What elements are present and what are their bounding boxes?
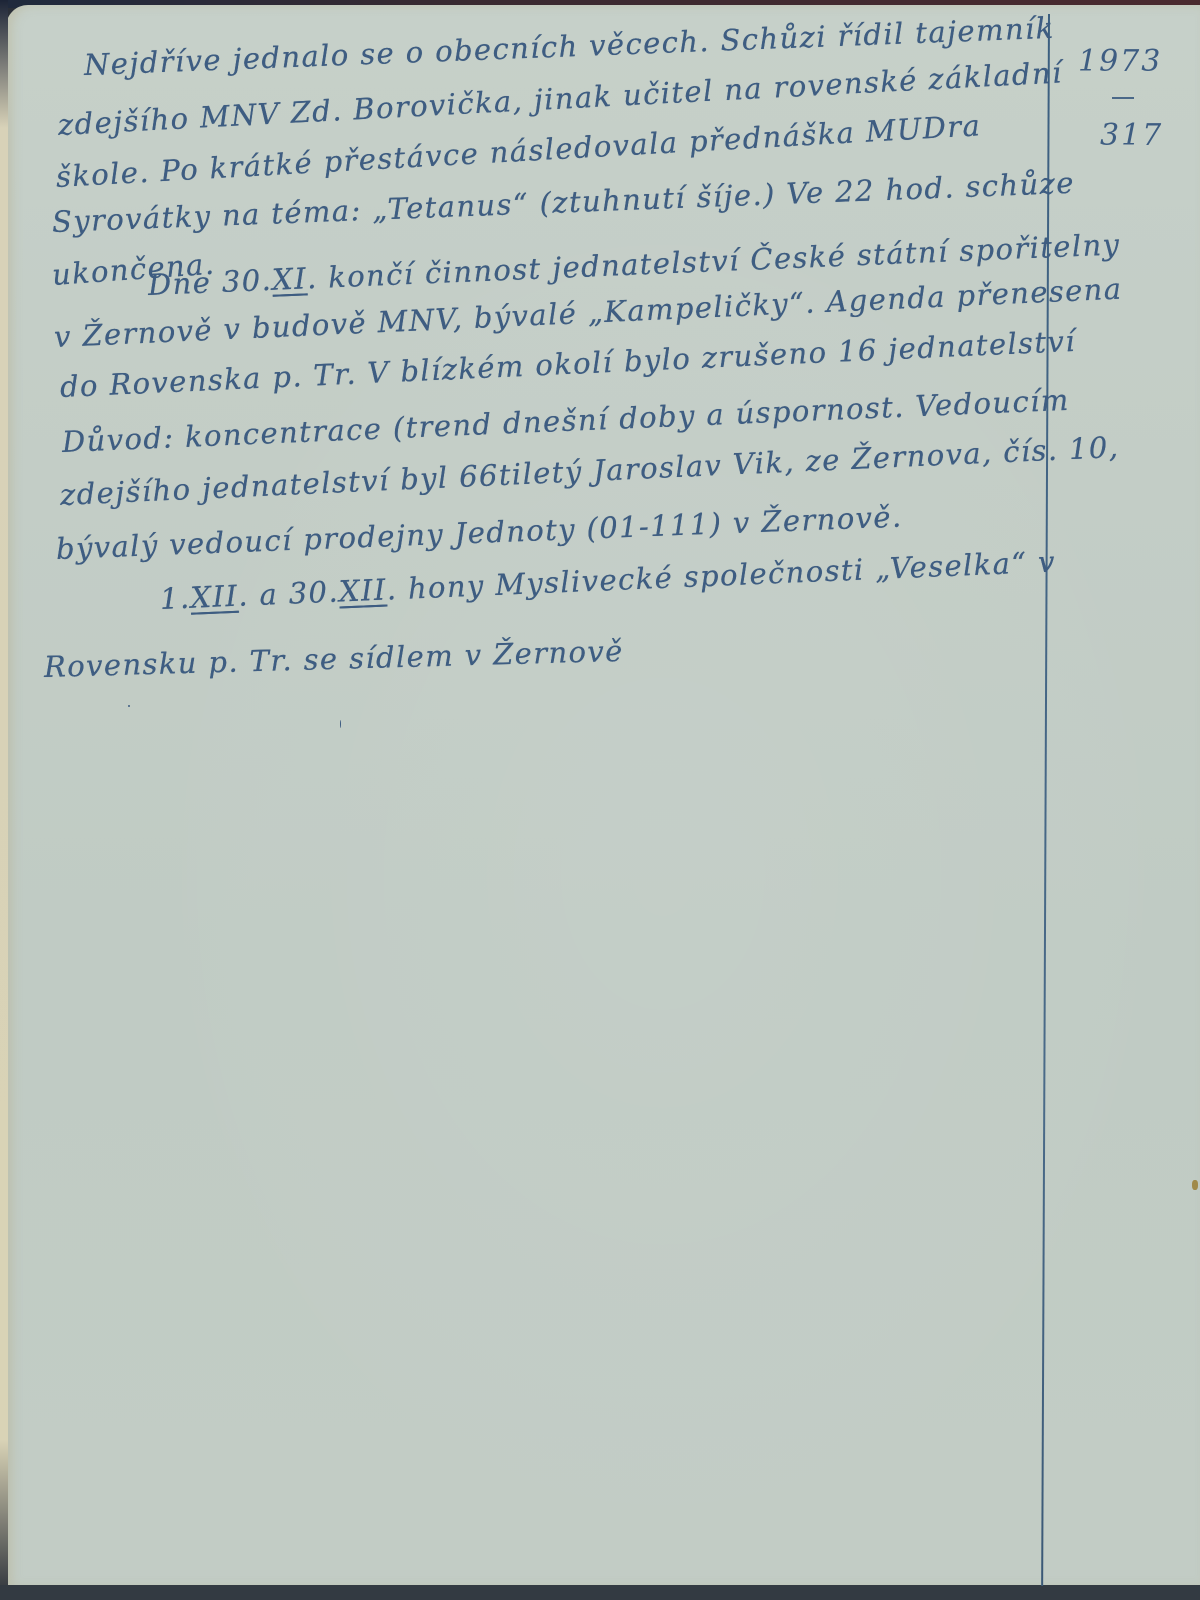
- ink-dot: [128, 705, 130, 707]
- line-text: . hony Myslivecké společnosti „Veselka“ …: [386, 544, 1057, 606]
- roman-month: XII: [190, 579, 239, 615]
- date-prefix: 1.: [159, 581, 191, 616]
- ink-mark: [340, 720, 341, 728]
- scanned-page: Nejdříve jednalo se o obecních věcech. S…: [0, 0, 1200, 1600]
- handwritten-text-block: Nejdříve jednalo se o obecních věcech. S…: [0, 0, 1048, 1582]
- roman-month-2: XII: [338, 573, 387, 609]
- margin-separator: [1112, 97, 1134, 99]
- roman-month: XI: [271, 261, 307, 296]
- date-prefix: Dne 30.: [147, 263, 273, 302]
- margin-year: 1973: [1078, 44, 1162, 79]
- paper-stain: [1192, 1180, 1198, 1190]
- book-bottom-edge: [0, 1585, 1200, 1600]
- margin-page-number: 317: [1100, 118, 1163, 153]
- date-mid: . a 30.: [237, 575, 339, 613]
- text-line-13: Rovensku p. Tr. se sídlem v Žernově: [44, 634, 625, 684]
